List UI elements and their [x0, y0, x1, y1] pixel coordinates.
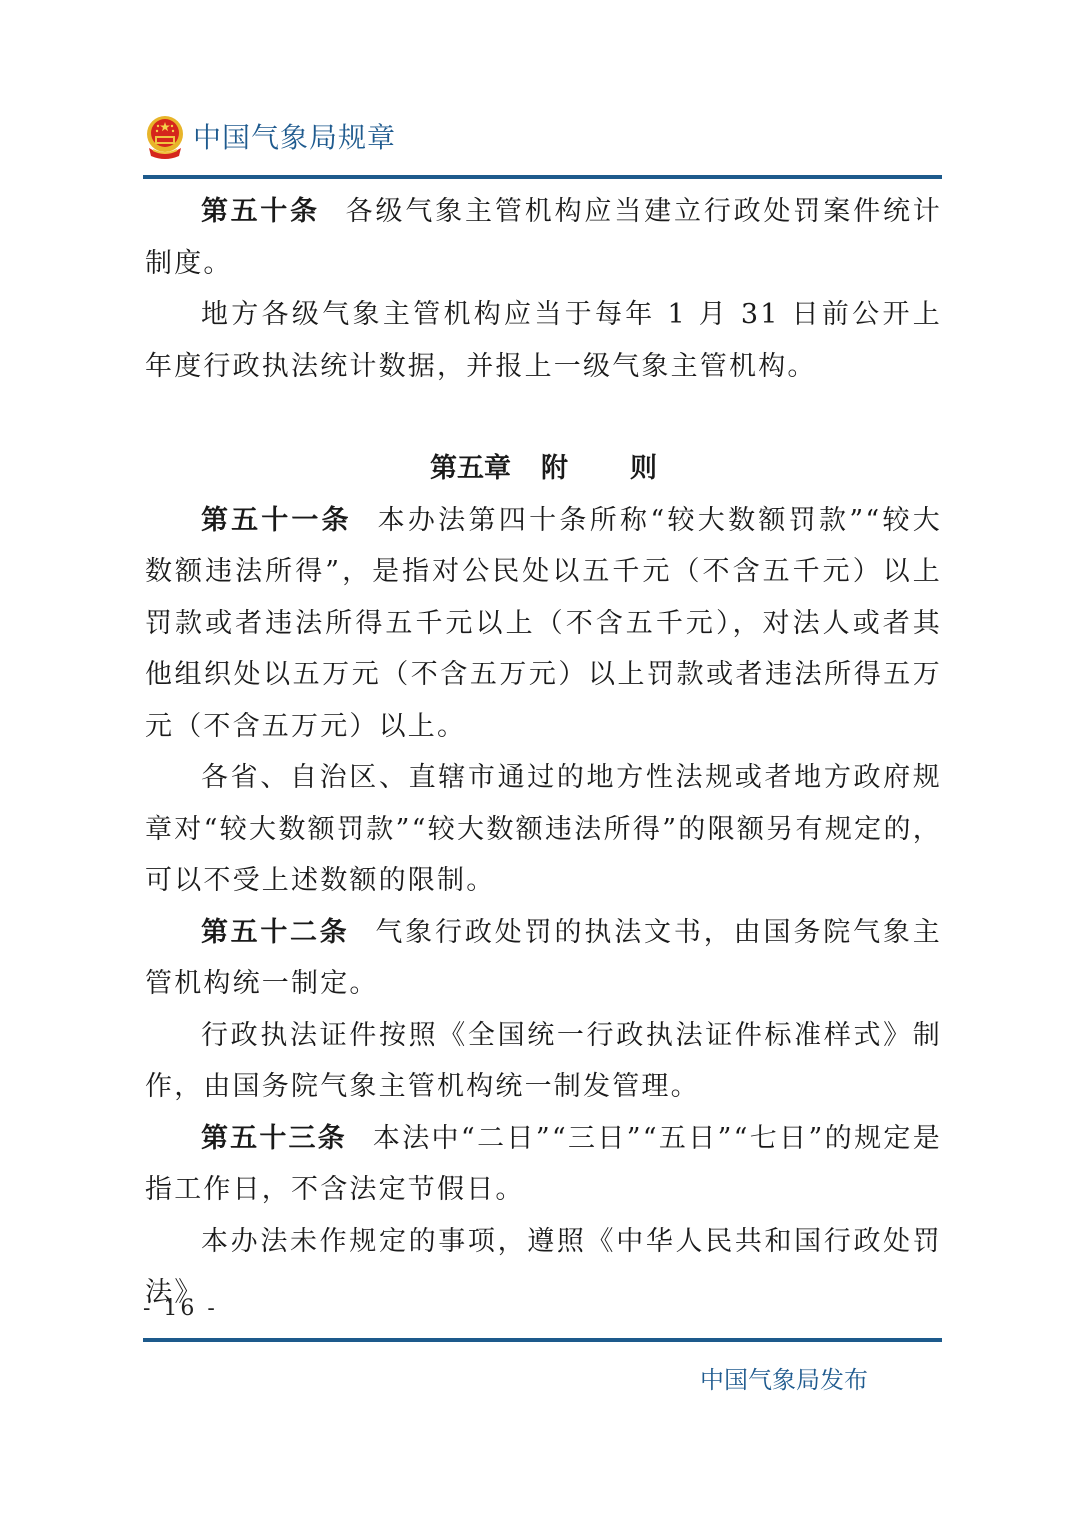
article-50: 第五十条各级气象主管机构应当建立行政处罚案件统计制度。	[145, 186, 942, 289]
article-51-paragraph-2: 各省、自治区、直辖市通过的地方性法规或者地方政府规章对“较大数额罚款”“较大数额…	[145, 752, 942, 907]
article-label: 第五十条	[201, 196, 320, 227]
header-divider	[143, 175, 942, 179]
footer-divider	[143, 1338, 942, 1342]
article-53: 第五十三条本法中“二日”“三日”“五日”“七日”的规定是指工作日，不含法定节假日…	[145, 1113, 942, 1216]
article-53-paragraph-2: 本办法未作规定的事项，遵照《中华人民共和国行政处罚法》	[145, 1216, 942, 1319]
article-50-paragraph-2: 地方各级气象主管机构应当于每年 1 月 31 日前公开上年度行政执法统计数据，并…	[145, 289, 942, 392]
chapter-number: 第五章	[430, 453, 511, 484]
page-header: 中国气象局规章	[143, 112, 396, 164]
page-number: - 16 -	[143, 1296, 218, 1321]
article-label: 第五十二条	[201, 917, 349, 948]
article-52: 第五十二条气象行政处罚的执法文书，由国务院气象主管机构统一制定。	[145, 907, 942, 1010]
article-51: 第五十一条本办法第四十条所称“较大数额罚款”“较大数额违法所得”，是指对公民处以…	[145, 495, 942, 753]
header-title: 中国气象局规章	[193, 124, 396, 152]
chapter-heading: 第五章附则	[145, 443, 942, 495]
national-emblem-icon	[143, 114, 187, 162]
article-text: 本办法第四十条所称“较大数额罚款”“较大数额违法所得”，是指对公民处以五千元（不…	[145, 505, 942, 742]
publisher-label: 中国气象局发布	[700, 1360, 868, 1395]
document-body: 第五十条各级气象主管机构应当建立行政处罚案件统计制度。 地方各级气象主管机构应当…	[145, 186, 942, 1319]
chapter-title-char-2: 则	[630, 453, 657, 484]
chapter-title-char-1: 附	[541, 453, 568, 484]
article-label: 第五十一条	[201, 505, 352, 536]
article-52-paragraph-2: 行政执法证件按照《全国统一行政执法证件标准样式》制作，由国务院气象主管机构统一制…	[145, 1010, 942, 1113]
article-label: 第五十三条	[201, 1123, 347, 1154]
